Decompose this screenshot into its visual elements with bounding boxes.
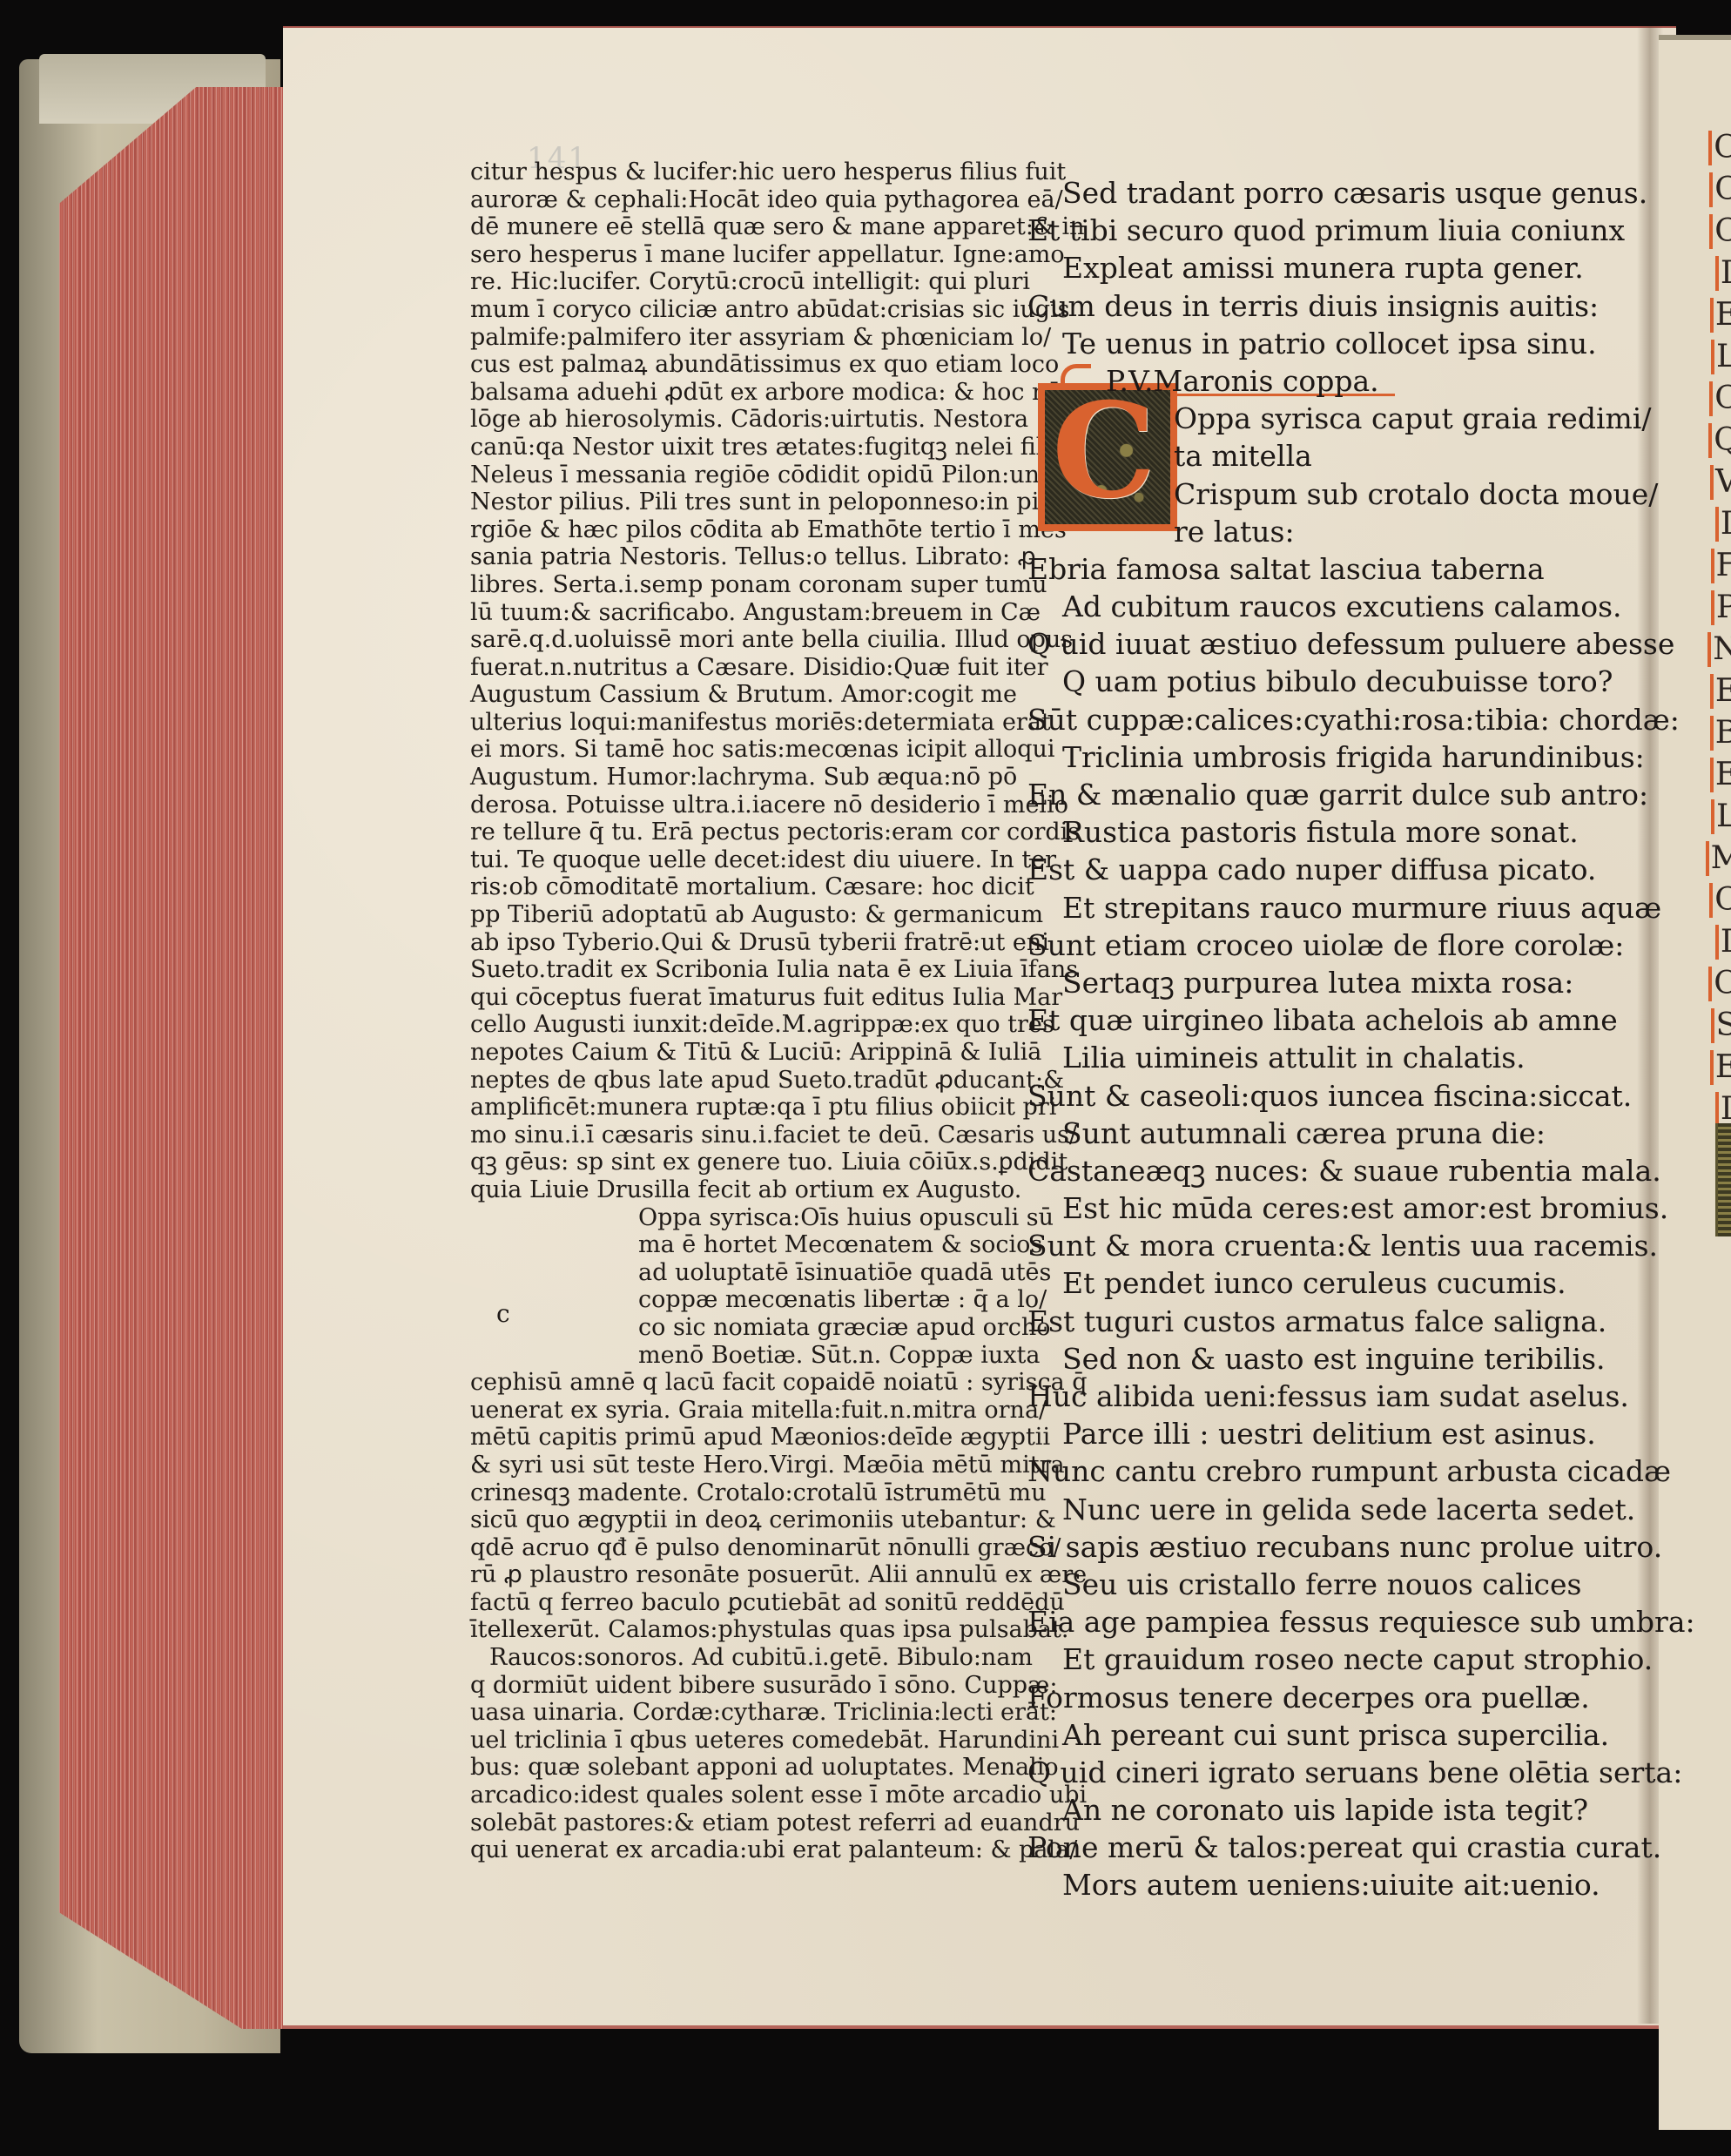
commentary-line: qꝫ gēus: sp sint ex genere tuo. Liuia cō… <box>470 1149 1029 1176</box>
verse-line: En & mænalio quæ garrit dulce sub antro: <box>1027 776 1602 813</box>
commentary-line: cus est palmaꝝ abundātissimus ex quo eti… <box>470 351 1029 379</box>
verse-line: Et tibi securo quod primum liuia coniunx <box>1027 212 1602 249</box>
verse-line: Ebria famosa saltat lasciua taberna <box>1027 550 1602 588</box>
recto-margin-letter: P <box>1711 590 1731 625</box>
commentary-line: mētū capitis primū apud Mæonios:deīde æg… <box>470 1424 1029 1452</box>
verse-line: Triclinia umbrosis frigida harundinibus: <box>1027 738 1602 776</box>
commentary-line: qui cōceptus fuerat īmaturus fuit editus… <box>470 984 1029 1012</box>
commentary-line: auroræ & cephali:Hocāt ideo quia pythago… <box>470 186 1029 214</box>
commentary-line: citur hespus & lucifer:hic uero hesperus… <box>470 158 1029 186</box>
commentary-column: citur hespus & lucifer:hic uero hesperus… <box>470 158 1029 1864</box>
recto-illuminated-initial-fragment <box>1715 1123 1731 1236</box>
verse-line: Ah pereant cui sunt prisca supercilia. <box>1027 1716 1602 1754</box>
commentary-line: pp Tiberiū adoptatū ab Augusto: & german… <box>470 901 1029 929</box>
commentary-line: fuerat.n.nutritus a Cæsare. Disidio:Quæ … <box>470 654 1029 682</box>
commentary-line: ris:ob cōmoditatē mortalium. Cæsare: hoc… <box>470 873 1029 901</box>
recto-margin-letter: I <box>1715 1092 1731 1127</box>
recto-margin-letter: O <box>1708 967 1731 1001</box>
recto-margin-letter: L <box>1711 340 1731 374</box>
commentary-line: mum ī coryco ciliciæ antro abūdat:crisia… <box>470 296 1029 324</box>
recto-margin-letter: Q <box>1708 423 1731 458</box>
verse-line: Sed tradant porro cæsaris usque genus. <box>1027 174 1602 212</box>
commentary-line: co sic nomiata græciæ apud orcho <box>470 1314 1029 1342</box>
commentary-line: coppæ mecœnatis libertæ : q̄ a lo/ <box>470 1286 1029 1314</box>
verse-line: Te uenus in patrio collocet ipsa sinu. <box>1027 325 1602 362</box>
commentary-line: Augustum Cassium & Brutum. Amor:cogit me <box>470 681 1029 709</box>
verse-line: Nunc cantu crebro rumpunt arbusta cicadæ <box>1027 1452 1602 1490</box>
verse-line: Cum deus in terris diuis insignis auitis… <box>1027 287 1602 325</box>
verse-line: Oppa syrisca caput graia redimi/ <box>1027 400 1602 437</box>
recto-margin-letter: M <box>1706 841 1731 876</box>
commentary-line: sero hesperus ī mane lucifer appellatur.… <box>470 241 1029 269</box>
verse-line: Sunt etiam croceo uiolæ de flore corolæ: <box>1027 926 1602 964</box>
verse-line: Ad cubitum raucos excutiens calamos. <box>1027 588 1602 625</box>
commentary-line: arcadico:idest quales solent esse ī mōte… <box>470 1782 1029 1809</box>
verse-line: Eia age pampiea fessus requiesce sub umb… <box>1027 1603 1602 1641</box>
verse-line: Crispum sub crotalo docta moue/ <box>1027 475 1602 513</box>
recto-margin-letter: B <box>1710 716 1731 751</box>
recto-margin-letter: S <box>1711 1008 1731 1043</box>
recto-margin-letter: L <box>1711 799 1731 834</box>
commentary-line: balsama aduehi ꝓdūt ex arbore modica: & … <box>470 379 1029 407</box>
verse-line: An ne coronato uis lapide ista tegit? <box>1027 1791 1602 1829</box>
commentary-line: lōge ab hierosolymis. Cādoris:uirtutis. … <box>470 406 1029 434</box>
commentary-line: nepotes Caium & Titū & Luciū: Arippinā &… <box>470 1039 1029 1067</box>
commentary-line: q dormiūt uident bibere susurādo ī sōno.… <box>470 1672 1029 1700</box>
commentary-line: tui. Te quoque uelle decet:idest diu uiu… <box>470 846 1029 874</box>
recto-margin-letter: E <box>1710 758 1731 792</box>
recto-margin-letter: I <box>1715 507 1731 542</box>
commentary-line: Oppa syrisca:Oīs huius opusculi sū <box>470 1204 1029 1232</box>
commentary-line: sania patria Nestoris. Tellus:o tellus. … <box>470 543 1029 571</box>
commentary-line: amplificēt:munera ruptæ:qa ī ptu filius … <box>470 1094 1029 1122</box>
recto-margin-letter: C <box>1709 883 1731 918</box>
recto-margin-letter: E <box>1710 674 1731 709</box>
recto-margin-letter: O <box>1708 131 1731 165</box>
verse-line: Q uid iuuat æstiuo defessum puluere abes… <box>1027 625 1602 663</box>
commentary-line: sarē.q.d.uoluissē mori ante bella ciuili… <box>470 626 1029 654</box>
verse-line: Sertaqꝫ purpurea lutea mixta rosa: <box>1027 964 1602 1001</box>
commentary-line: Sueto.tradit ex Scribonia Iulia nata ē e… <box>470 956 1029 984</box>
verse-line: Sunt & mora cruenta:& lentis uua racemis… <box>1027 1227 1602 1264</box>
verse-line: Nunc uere in gelida sede lacerta sedet. <box>1027 1491 1602 1528</box>
recto-margin-letter: F <box>1711 549 1731 583</box>
commentary-line: Nestor pilius. Pili tres sunt in pelopon… <box>470 488 1029 516</box>
commentary-line: neptes de qbus late apud Sueto.tradūt ꝓd… <box>470 1067 1029 1095</box>
commentary-line: rū ꝓ plaustro resonāte posuerūt. Alii an… <box>470 1561 1029 1589</box>
red-stained-page-edges <box>59 87 287 2029</box>
verse-line: Seu uis cristallo ferre nouos calices <box>1027 1566 1602 1603</box>
signature-mark: c <box>496 1299 510 1328</box>
commentary-line: ad uoluptatē īsinuatiōe quadā utēs <box>470 1259 1029 1287</box>
commentary-line: canū:qa Nestor uixit tres ætates:fugitqꝫ… <box>470 434 1029 462</box>
commentary-line: qdē acruo qđ ē pulso denominarūt nōnulli… <box>470 1534 1029 1562</box>
verse-line: Sūt cuppæ:calices:cyathi:rosa:tibia: cho… <box>1027 701 1602 738</box>
verse-line: Q uid cineri igrato seruans bene olētia … <box>1027 1754 1602 1791</box>
verse-line: Q uam potius bibulo decubuisse toro? <box>1027 663 1602 700</box>
verse-line: Est & uappa cado nuper diffusa picato. <box>1027 851 1602 888</box>
recto-margin-letter: E <box>1710 1050 1731 1085</box>
commentary-line: ulterius loqui:manifestus moriēs:determi… <box>470 709 1029 737</box>
recto-margin-letter: E <box>1710 298 1731 333</box>
commentary-line: sicū quo ægyptii in deoꝝ cerimoniis uteb… <box>470 1506 1029 1534</box>
commentary-line: rgiōe & hæc pilos cōdita ab Emathōte ter… <box>470 516 1029 544</box>
commentary-line: uasa uinaria. Cordæ:cytharæ. Triclinia:l… <box>470 1699 1029 1727</box>
recto-margin-letter: I <box>1715 925 1731 960</box>
recto-margin-letter: I <box>1715 256 1731 291</box>
commentary-line: quia Liuie Drusilla fecit ab ortium ex A… <box>470 1176 1029 1204</box>
verse-line: ta mitella <box>1027 437 1602 475</box>
commentary-line: Raucos:sonoros. Ad cubitū.i.getē. Bibulo… <box>470 1644 1029 1672</box>
verse-line: Sunt autumnali cærea pruna die: <box>1027 1115 1602 1152</box>
verse-line: Expleat amissi munera rupta gener. <box>1027 249 1602 286</box>
verse-line: Sunt & caseoli:quos iuncea fiscina:sicca… <box>1027 1077 1602 1115</box>
commentary-line: bus: quæ solebant apponi ad uoluptates. … <box>470 1754 1029 1782</box>
commentary-line: ma ē hortet Mecœnatem & socios <box>470 1231 1029 1259</box>
commentary-line: lū tuum:& sacrificabo. Angustam:breuem i… <box>470 599 1029 627</box>
recto-margin-letter: C <box>1709 214 1731 249</box>
commentary-line: menō Boetiæ. Sūt.n. Coppæ iuxta <box>470 1342 1029 1370</box>
verse-line: Et pendet iunco ceruleus cucumis. <box>1027 1264 1602 1302</box>
commentary-line: ei mors. Si tamē hoc satis:mecœnas icipi… <box>470 736 1029 764</box>
commentary-line: libres. Serta.i.semp ponam coronam super… <box>470 571 1029 599</box>
verse-column: Sed tradant porro cæsaris usque genus.Et… <box>1027 174 1602 1904</box>
verse-line: Formosus tenere decerpes ora puellæ. <box>1027 1679 1602 1716</box>
verse-line: Si sapis æstiuo recubans nunc prolue uit… <box>1027 1528 1602 1566</box>
commentary-line: crinesqꝫ madente. Crotalo:crotalū īstrum… <box>470 1479 1029 1507</box>
commentary-line: derosa. Potuisse ultra.i.iacere nō desid… <box>470 792 1029 819</box>
commentary-line: factū q ferreo baculo ꝑcutiebāt ad sonit… <box>470 1589 1029 1617</box>
commentary-line: cephisū amnē q lacū facit copaidē noiatū… <box>470 1369 1029 1397</box>
verse-line: Et strepitans rauco murmure riuus aquæ <box>1027 889 1602 926</box>
verse-line: Sed non & uasto est inguine teribilis. <box>1027 1340 1602 1378</box>
commentary-line: mo sinu.i.ī cæsaris sinu.i.faciet te deū… <box>470 1122 1029 1149</box>
commentary-line: cello Augusti iunxit:deīde.M.agrippæ:ex … <box>470 1011 1029 1039</box>
verse-line: Est hic mūda ceres:est amor:est bromius. <box>1027 1189 1602 1227</box>
verse-line: Et quæ uirgineo libata achelois ab amne <box>1027 1001 1602 1039</box>
recto-margin-letter: C <box>1709 381 1731 416</box>
recto-margin-initials: OCCIELCQVIFPNEBELMCIOSEI <box>1717 131 1731 1219</box>
verse-line: Castaneæqꝫ nuces: & suaue rubentia mala. <box>1027 1152 1602 1189</box>
verse-line: Huc alibida ueni:fessus iam sudat aselus… <box>1027 1378 1602 1415</box>
commentary-line: re. Hic:lucifer. Corytū:crocū intelligit… <box>470 268 1029 296</box>
verse-line: Lilia uimineis attulit in chalatis. <box>1027 1039 1602 1076</box>
commentary-line: ab ipso Tyberio.Qui & Drusū tyberii frat… <box>470 929 1029 957</box>
verse-line: Pone merū & talos:pereat qui crastia cur… <box>1027 1829 1602 1866</box>
verse-line: Rustica pastoris fistula more sonat. <box>1027 813 1602 851</box>
commentary-line: qui uenerat ex arcadia:ubi erat palanteu… <box>470 1836 1029 1864</box>
recto-margin-letter: V <box>1710 465 1731 500</box>
recto-margin-letter: C <box>1709 172 1731 207</box>
verse-line: Est tuguri custos armatus falce saligna. <box>1027 1303 1602 1340</box>
commentary-line: dē munere eē stellā quæ sero & mane appa… <box>470 213 1029 241</box>
commentary-line: uel triclinia ī qbus ueteres comedebāt. … <box>470 1727 1029 1755</box>
poem-title: P.V.Maronis coppa. <box>1027 362 1602 400</box>
verse-line: Et grauidum roseo necte caput strophio. <box>1027 1641 1602 1678</box>
verse-line: re latus: <box>1027 513 1602 550</box>
commentary-line: palmife:palmifero iter assyriam & phœnic… <box>470 324 1029 352</box>
commentary-line: Neleus ī messania regiōe cōdidit opidū P… <box>470 462 1029 489</box>
commentary-line: & syri usi sūt teste Hero.Virgi. Mæōia m… <box>470 1452 1029 1479</box>
commentary-line: uenerat ex syria. Graia mitella:fuit.n.m… <box>470 1397 1029 1425</box>
commentary-line: re tellure q̄ tu. Erā pectus pectoris:er… <box>470 819 1029 846</box>
commentary-line: solebāt pastores:& etiam potest referri … <box>470 1809 1029 1837</box>
commentary-line: ītellexerūt. Calamos:phystulas quas ipsa… <box>470 1616 1029 1644</box>
commentary-line: Augustum. Humor:lachryma. Sub æqua:nō pō <box>470 764 1029 792</box>
verse-line: Mors autem ueniens:uiuite ait:uenio. <box>1027 1866 1602 1903</box>
recto-margin-letter: N <box>1707 632 1731 667</box>
verse-line: Parce illi : uestri delitium est asinus. <box>1027 1415 1602 1452</box>
